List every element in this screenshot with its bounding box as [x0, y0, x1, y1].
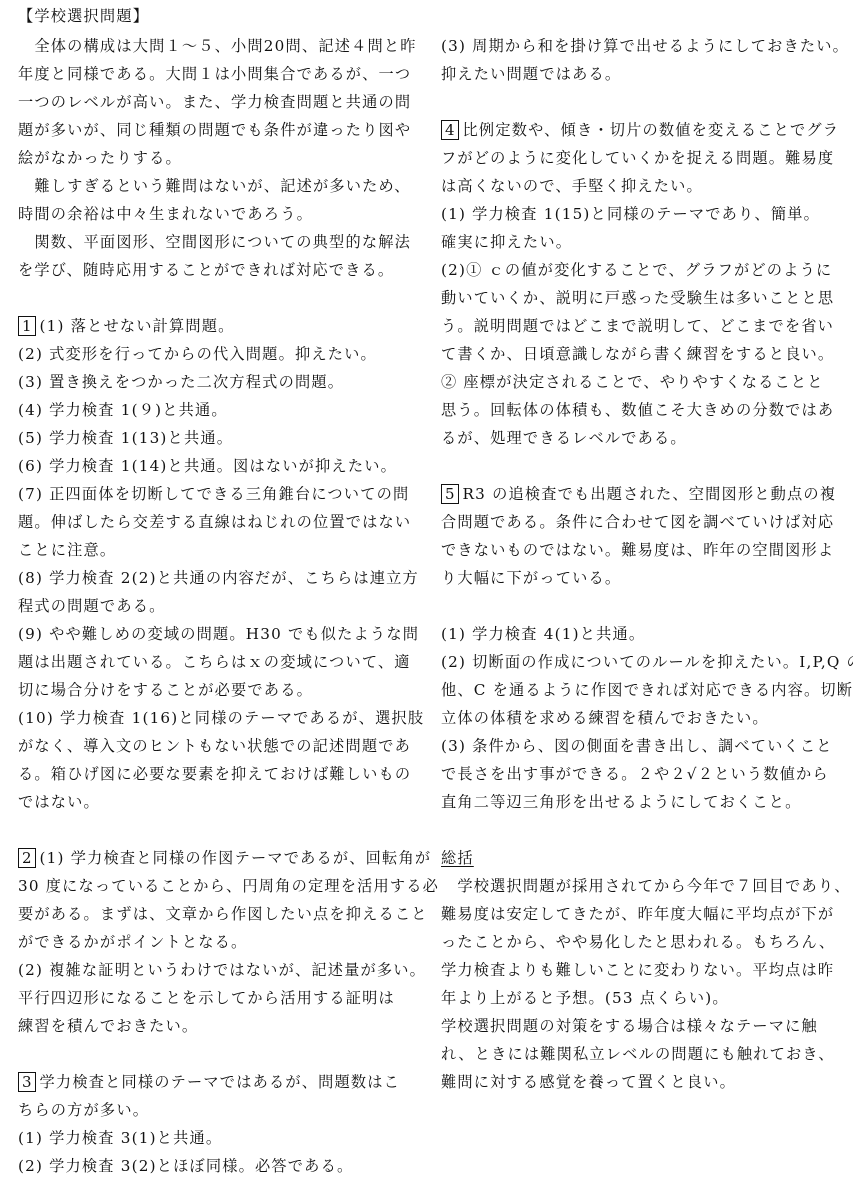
line-text: (3) 置き換えをつかった二次方程式の問題。 [18, 373, 344, 391]
line-text: ちらの方が多い。 [18, 1101, 149, 1119]
line-text: (3) 周期から和を掛け算で出せるようにしておきたい。 [441, 37, 849, 55]
text-line: れ、ときには難関私立レベルの問題にも触れておき、 [441, 1044, 835, 1064]
text-line: (6) 学力検査 1(14)と共通。図はないが抑えたい。 [18, 456, 397, 476]
line-text: (2) 式変形を行ってからの代入問題。抑えたい。 [18, 345, 377, 363]
line-text: を学び、随時応用することができれば対応できる。 [18, 261, 394, 279]
line-text: 年度と同様である。大問１は小問集合であるが、一つ [18, 65, 411, 83]
text-line: う。説明問題ではどこまで説明して、どこまでを省い [441, 316, 834, 336]
line-text: (1) 学力検査と同様の作図テーマであるが、回転角が [40, 849, 432, 867]
line-text: ではない。 [18, 793, 100, 811]
text-line: 題。伸ばしたら交差する直線はねじれの位置ではない [18, 512, 411, 532]
line-text: 【学校選択問題】 [18, 7, 149, 25]
text-line: を学び、随時応用することができれば対応できる。 [18, 260, 394, 280]
question-number-box: 1 [18, 316, 36, 336]
line-text: ② 座標が決定されることで、やりやすくなることと [441, 373, 824, 391]
text-line: 2(1) 学力検査と同様の作図テーマであるが、回転角が [18, 848, 431, 868]
text-line: (8) 学力検査 2(2)と共通の内容だが、こちらは連立方 [18, 568, 419, 588]
text-line: 確実に抑えたい。 [441, 232, 572, 252]
text-line: 思う。回転体の体積も、数値こそ大きめの分数ではあ [441, 400, 834, 420]
text-line: 抑えたい問題ではある。 [441, 64, 621, 84]
text-line: 関数、平面図形、空間図形についての典型的な解法 [18, 232, 411, 252]
question-number-box: 2 [18, 848, 36, 868]
line-text: (2)① ｃの値が変化することで、グラフがどのように [441, 261, 832, 279]
text-line: る。箱ひげ図に必要な要素を抑えておけば難しいもの [18, 764, 411, 784]
text-line: 30 度になっていることから、円周角の定理を活用する必 [18, 876, 439, 896]
line-text: 程式の問題である。 [18, 597, 166, 615]
line-text: (6) 学力検査 1(14)と共通。図はないが抑えたい。 [18, 457, 397, 475]
line-text: 関数、平面図形、空間図形についての典型的な解法 [18, 233, 411, 251]
line-text: 比例定数や、傾き・切片の数値を変えることでグラ [463, 121, 840, 139]
line-text: (9) やや難しめの変域の問題。H30 でも似たような問 [18, 625, 419, 643]
text-line: (2) 切断面の作成についてのルールを抑えたい。I,P,Q の [441, 652, 853, 672]
question-number-box: 3 [18, 1072, 36, 1092]
line-text: 学力検査よりも難しいことに変わりない。平均点は昨 [441, 961, 834, 979]
line-text: 学力検査と同様のテーマではあるが、問題数はこ [40, 1073, 401, 1091]
text-line: 立体の体積を求める練習を積んでおきたい。 [441, 708, 769, 728]
line-text: 全体の構成は大問１～５、小問20問、記述４問と昨 [18, 37, 417, 55]
line-text: フがどのように変化していくかを捉える問題。難易度 [441, 149, 834, 167]
line-text: れ、ときには難関私立レベルの問題にも触れておき、 [441, 1045, 835, 1063]
line-text: 抑えたい問題ではある。 [441, 65, 621, 83]
text-line: フがどのように変化していくかを捉える問題。難易度 [441, 148, 834, 168]
line-text: 年より上がると予想。(53 点くらい)。 [441, 989, 729, 1007]
text-line: (5) 学力検査 1(13)と共通。 [18, 428, 233, 448]
line-text: 学校選択問題の対策をする場合は様々なテーマに触 [441, 1017, 818, 1035]
text-line: 絵がなかったりする。 [18, 148, 182, 168]
text-line: できないものではない。難易度は、昨年の空間図形よ [441, 540, 834, 560]
text-line: (10) 学力検査 1(16)と同様のテーマであるが、選択肢 [18, 708, 424, 728]
text-line: ができるかがポイントとなる。 [18, 932, 247, 952]
line-text: 30 度になっていることから、円周角の定理を活用する必 [18, 877, 439, 895]
question-number-box: 4 [441, 120, 459, 140]
line-text: るが、処理できるレベルである。 [441, 429, 687, 447]
line-text: (7) 正四面体を切断してできる三角錐台についての問 [18, 485, 409, 503]
text-line: ② 座標が決定されることで、やりやすくなることと [441, 372, 824, 392]
text-line: ではない。 [18, 792, 100, 812]
text-line: り大幅に下がっている。 [441, 568, 621, 588]
line-text: (4) 学力検査 1(９)と共通。 [18, 401, 228, 419]
line-text: (3) 条件から、図の側面を書き出し、調べていくこと [441, 737, 833, 755]
text-line: (2) 式変形を行ってからの代入問題。抑えたい。 [18, 344, 377, 364]
text-line: 【学校選択問題】 [18, 6, 149, 26]
line-text: (10) 学力検査 1(16)と同様のテーマであるが、選択肢 [18, 709, 424, 727]
text-line: 難問に対する感覚を養って置くと良い。 [441, 1072, 736, 1092]
text-line: 3学力検査と同様のテーマではあるが、問題数はこ [18, 1072, 400, 1092]
text-line: (1) 学力検査 4(1)と共通。 [441, 624, 645, 644]
text-line: (3) 条件から、図の側面を書き出し、調べていくこと [441, 736, 833, 756]
line-text: (2) 切断面の作成についてのルールを抑えたい。I,P,Q の [441, 653, 853, 671]
text-line: 直角二等辺三角形を出せるようにしておくこと。 [441, 792, 802, 812]
text-line: 平行四辺形になることを示してから活用する証明は [18, 988, 395, 1008]
line-text: て書くか、日頃意識しながら書く練習をすると良い。 [441, 345, 834, 363]
text-line: 一つのレベルが高い。また、学力検査問題と共通の問 [18, 92, 411, 112]
line-text: 絵がなかったりする。 [18, 149, 182, 167]
text-line: (7) 正四面体を切断してできる三角錐台についての問 [18, 484, 409, 504]
text-line: 程式の問題である。 [18, 596, 166, 616]
text-line: 難しすぎるという難問はないが、記述が多いため、 [18, 176, 411, 196]
text-line: (2)① ｃの値が変化することで、グラフがどのように [441, 260, 832, 280]
text-line: 難易度は安定してきたが、昨年度大幅に平均点が下が [441, 904, 834, 924]
line-text: 立体の体積を求める練習を積んでおきたい。 [441, 709, 769, 727]
line-text: 合問題である。条件に合わせて図を調べていけば対応 [441, 513, 834, 531]
line-text: ったことから、やや易化したと思われる。もちろん、 [441, 933, 835, 951]
text-line: 題が多いが、同じ種類の問題でも条件が違ったり図や [18, 120, 411, 140]
text-line: 学力検査よりも難しいことに変わりない。平均点は昨 [441, 960, 834, 980]
text-line: (3) 周期から和を掛け算で出せるようにしておきたい。 [441, 36, 849, 56]
line-text: う。説明問題ではどこまで説明して、どこまでを省い [441, 317, 834, 335]
line-text: る。箱ひげ図に必要な要素を抑えておけば難しいもの [18, 765, 411, 783]
heading-text: 総括 [441, 849, 474, 867]
text-line: (1) 学力検査 1(15)と同様のテーマであり、簡単。 [441, 204, 820, 224]
text-line: (4) 学力検査 1(９)と共通。 [18, 400, 228, 420]
text-line: (3) 置き換えをつかった二次方程式の問題。 [18, 372, 344, 392]
text-line: 1(1) 落とせない計算問題。 [18, 316, 235, 336]
text-line: るが、処理できるレベルである。 [441, 428, 687, 448]
line-text: 題は出題されている。こちらはｘの変域について、適 [18, 653, 411, 671]
text-line: 動いていくか、説明に戸惑った受験生は多いことと思 [441, 288, 834, 308]
text-line: 4比例定数や、傾き・切片の数値を変えることでグラ [441, 120, 839, 140]
section-heading: 総括 [441, 848, 474, 868]
text-line: 時間の余裕は中々生まれないであろう。 [18, 204, 313, 224]
line-text: 練習を積んでおきたい。 [18, 1017, 198, 1035]
text-line: 年より上がると予想。(53 点くらい)。 [441, 988, 729, 1008]
line-text: 難問に対する感覚を養って置くと良い。 [441, 1073, 736, 1091]
line-text: 動いていくか、説明に戸惑った受験生は多いことと思 [441, 289, 834, 307]
line-text: 確実に抑えたい。 [441, 233, 572, 251]
line-text: (2) 学力検査 3(2)とほぼ同様。必答である。 [18, 1157, 353, 1175]
line-text: は高くないので、手堅く抑えたい。 [441, 177, 703, 195]
line-text: 要がある。まずは、文章から作図したい点を抑えること [18, 905, 428, 923]
line-text: 題が多いが、同じ種類の問題でも条件が違ったり図や [18, 121, 411, 139]
line-text: 平行四辺形になることを示してから活用する証明は [18, 989, 395, 1007]
text-line: で長さを出す事ができる。２や２√２という数値から [441, 764, 829, 784]
line-text: 学校選択問題が採用されてから今年で７回目であり、 [441, 877, 851, 895]
line-text: 難しすぎるという難問はないが、記述が多いため、 [18, 177, 411, 195]
line-text: (1) 落とせない計算問題。 [40, 317, 235, 335]
text-line: 他、C を通るように作図できれば対応できる内容。切断 [441, 680, 853, 700]
text-line: 学校選択問題が採用されてから今年で７回目であり、 [441, 876, 851, 896]
text-line: ったことから、やや易化したと思われる。もちろん、 [441, 932, 835, 952]
line-text: ことに注意。 [18, 541, 116, 559]
text-line: がなく、導入文のヒントもない状態での記述問題であ [18, 736, 411, 756]
line-text: (8) 学力検査 2(2)と共通の内容だが、こちらは連立方 [18, 569, 419, 587]
text-line: 合問題である。条件に合わせて図を調べていけば対応 [441, 512, 834, 532]
text-line: 練習を積んでおきたい。 [18, 1016, 198, 1036]
line-text: (1) 学力検査 4(1)と共通。 [441, 625, 645, 643]
line-text: で長さを出す事ができる。２や２√２という数値から [441, 765, 829, 783]
line-text: (2) 複雑な証明というわけではないが、記述量が多い。 [18, 961, 426, 979]
line-text: ができるかがポイントとなる。 [18, 933, 247, 951]
text-line: (1) 学力検査 3(1)と共通。 [18, 1128, 222, 1148]
line-text: がなく、導入文のヒントもない状態での記述問題であ [18, 737, 411, 755]
text-line: 題は出題されている。こちらはｘの変域について、適 [18, 652, 411, 672]
line-text: (1) 学力検査 1(15)と同様のテーマであり、簡単。 [441, 205, 820, 223]
text-line: て書くか、日頃意識しながら書く練習をすると良い。 [441, 344, 834, 364]
line-text: (1) 学力検査 3(1)と共通。 [18, 1129, 222, 1147]
text-line: 全体の構成は大問１～５、小問20問、記述４問と昨 [18, 36, 417, 56]
line-text: 題。伸ばしたら交差する直線はねじれの位置ではない [18, 513, 411, 531]
line-text: 切に場合分けをすることが必要である。 [18, 681, 313, 699]
text-line: (2) 学力検査 3(2)とほぼ同様。必答である。 [18, 1156, 353, 1176]
line-text: 思う。回転体の体積も、数値こそ大きめの分数ではあ [441, 401, 834, 419]
question-number-box: 5 [441, 484, 459, 504]
line-text: 時間の余裕は中々生まれないであろう。 [18, 205, 313, 223]
text-line: (9) やや難しめの変域の問題。H30 でも似たような問 [18, 624, 419, 644]
text-line: 切に場合分けをすることが必要である。 [18, 680, 313, 700]
line-text: り大幅に下がっている。 [441, 569, 621, 587]
text-line: ちらの方が多い。 [18, 1100, 149, 1120]
line-text: 直角二等辺三角形を出せるようにしておくこと。 [441, 793, 802, 811]
text-line: 要がある。まずは、文章から作図したい点を抑えること [18, 904, 428, 924]
text-line: ことに注意。 [18, 540, 116, 560]
line-text: 一つのレベルが高い。また、学力検査問題と共通の問 [18, 93, 411, 111]
line-text: (5) 学力検査 1(13)と共通。 [18, 429, 233, 447]
text-line: は高くないので、手堅く抑えたい。 [441, 176, 703, 196]
text-line: (2) 複雑な証明というわけではないが、記述量が多い。 [18, 960, 426, 980]
text-line: 年度と同様である。大問１は小問集合であるが、一つ [18, 64, 411, 84]
text-line: 5R3 の追検査でも出題された、空間図形と動点の複 [441, 484, 836, 504]
line-text: 他、C を通るように作図できれば対応できる内容。切断 [441, 681, 853, 699]
line-text: できないものではない。難易度は、昨年の空間図形よ [441, 541, 834, 559]
line-text: R3 の追検査でも出題された、空間図形と動点の複 [463, 485, 837, 503]
line-text: 難易度は安定してきたが、昨年度大幅に平均点が下が [441, 905, 834, 923]
text-line: 学校選択問題の対策をする場合は様々なテーマに触 [441, 1016, 818, 1036]
